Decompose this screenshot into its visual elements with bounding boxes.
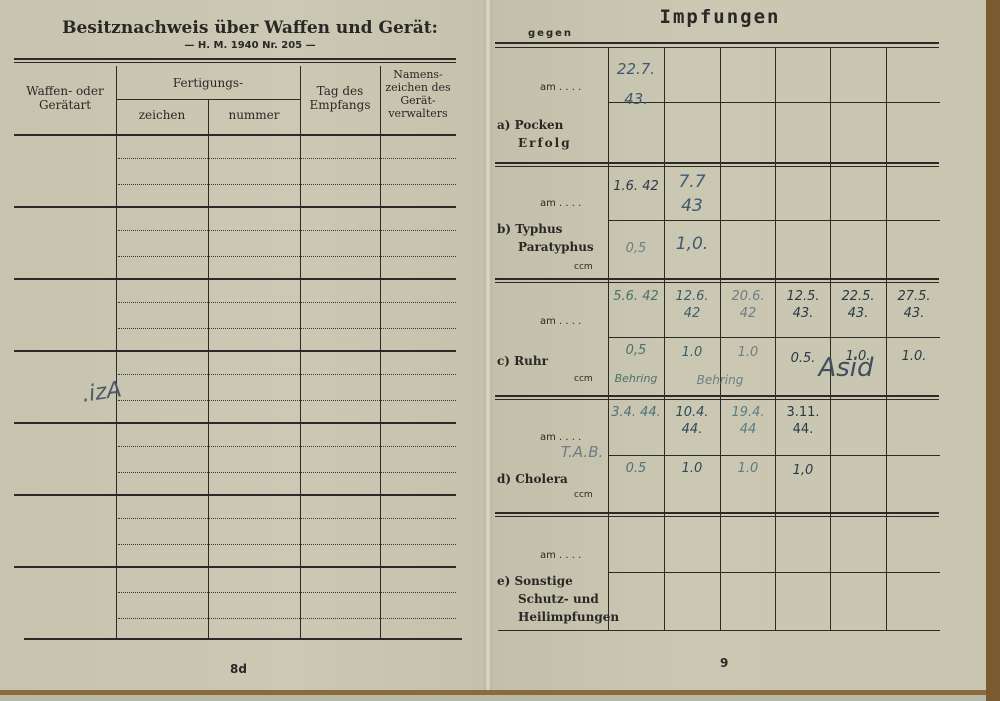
ccm-label: ccm (574, 262, 593, 272)
ruhr-dose-2: 1.0 (666, 344, 718, 361)
col-divider-2 (208, 99, 209, 638)
row-rule (14, 422, 456, 424)
am-label: am . . . . (540, 432, 581, 443)
section-e-label: e) Sonstige (497, 572, 573, 590)
dotted-line (118, 158, 456, 159)
section-a-label: a) Pocken (497, 116, 563, 134)
table-top-rule (14, 58, 456, 60)
dotted-line (118, 544, 456, 545)
cholera-dose-2: 1.0 (666, 460, 718, 477)
am-label: am . . . . (540, 82, 581, 93)
section-rule (495, 512, 939, 514)
col-header-nummer: nummer (208, 108, 300, 122)
section-e-sublabel: Schutz- und (518, 590, 599, 608)
right-top-rule-2 (495, 47, 939, 48)
ruhr-note-behring-1: Behring (606, 370, 666, 387)
cholera-date-3: 19.4. 44 (722, 404, 774, 438)
am-label: am . . . . (540, 550, 581, 561)
typhus-dose-2: 1,0. (666, 236, 718, 253)
left-page-subtitle: — H. M. 1940 Nr. 205 — (60, 40, 440, 51)
col-line (664, 48, 665, 630)
right-page-title: Impfungen (650, 6, 790, 28)
ruhr-date-1: 5.6. 42 (610, 288, 662, 305)
cover-edge (986, 0, 1000, 701)
col-line (830, 48, 831, 630)
ccm-label: ccm (574, 490, 593, 500)
dotted-line (118, 328, 456, 329)
cholera-dose-1: 0.5 (610, 460, 662, 477)
section-c-label: c) Ruhr (497, 352, 548, 370)
row-rule (14, 566, 456, 568)
typhus-dose-1: 0,5 (610, 240, 662, 257)
section-rule (495, 278, 939, 280)
cholera-note-tab: T.A.B. (552, 444, 612, 461)
ruhr-note-asid: Asid (796, 360, 896, 377)
dotted-line (118, 184, 456, 185)
cholera-date-2: 10.4. 44. (666, 404, 718, 438)
col-header-type: Waffen- oder Gerätart (14, 84, 116, 112)
section-d-label: d) Cholera (497, 470, 568, 488)
table-bottom-rule (24, 638, 462, 640)
date-dose-divider (608, 572, 940, 573)
date-dose-divider (608, 455, 940, 456)
ruhr-date-3: 20.6. 42 (722, 288, 774, 322)
cholera-dose-4: 1,0 (777, 462, 829, 479)
dotted-line (118, 256, 456, 257)
col-divider-3 (300, 66, 301, 638)
typhus-date-2: 7.7 43 (666, 170, 718, 218)
ruhr-date-5: 22.5. 43. (832, 288, 884, 322)
ccm-label: ccm (574, 374, 593, 384)
row-rule (14, 350, 456, 352)
right-top-rule (495, 42, 939, 44)
header-bottom-rule (14, 134, 456, 136)
dotted-line (118, 618, 456, 619)
section-rule-2 (495, 282, 939, 283)
table-top-rule-2 (14, 62, 456, 63)
ruhr-note-behring-2: Behring (680, 372, 760, 389)
typhus-date-1: 1.6. 42 (610, 178, 662, 195)
date-dose-divider (608, 220, 940, 221)
page-number-left: 8d (230, 662, 247, 676)
row-rule (14, 278, 456, 280)
section-e-sublabel-2: Heilimpfungen (518, 608, 619, 626)
am-label: am . . . . (540, 316, 581, 327)
section-b-sublabel: Paratyphus (518, 238, 594, 256)
col-line (775, 48, 776, 630)
cholera-date-4: 3.11. 44. (777, 404, 829, 438)
dotted-line (118, 230, 456, 231)
dotted-line (118, 592, 456, 593)
section-rule-2 (495, 166, 939, 167)
gegen-label: gegen (528, 28, 573, 39)
col-divider-1 (116, 66, 117, 638)
dotted-line (118, 302, 456, 303)
section-rule-2 (495, 399, 939, 400)
section-a-sublabel: Erfolg (518, 134, 572, 152)
right-bottom-rule (498, 630, 940, 631)
date-dose-divider (608, 337, 940, 338)
col-header-zeichen: zeichen (116, 108, 208, 122)
dotted-line (118, 400, 456, 401)
book-spine (484, 0, 492, 690)
dotted-line (118, 472, 456, 473)
section-b-label: b) Typhus (497, 220, 562, 238)
cholera-date-1: 3.4. 44. (610, 404, 662, 421)
row-rule (14, 494, 456, 496)
ruhr-date-2: 12.6. 42 (666, 288, 718, 322)
left-page-title: Besitznachweis über Waffen und Gerät: (60, 18, 440, 38)
page-number-right: 9 (720, 656, 728, 670)
col-header-tag: Tag des Empfangs (300, 84, 380, 112)
col-header-fertigung: Fertigungs- (116, 76, 300, 90)
col-line (886, 48, 887, 630)
dotted-line (118, 374, 456, 375)
ruhr-date-4: 12.5. 43. (777, 288, 829, 322)
section-rule-2 (495, 516, 939, 517)
dotted-line (118, 518, 456, 519)
cholera-dose-3: 1.0 (722, 460, 774, 477)
col-line (720, 48, 721, 630)
section-rule (495, 395, 939, 397)
ruhr-dose-1: 0,5 (610, 342, 662, 359)
ruhr-dose-3: 1.0 (722, 344, 774, 361)
pocken-date-1: 22.7. 43. (610, 54, 662, 114)
ruhr-date-6: 27.5. 43. (888, 288, 940, 322)
section-rule (495, 162, 939, 164)
col-divider-4 (380, 66, 381, 638)
col-header-namens: Namens- zeichen des Gerät- verwalters (380, 68, 456, 120)
row-rule (14, 206, 456, 208)
am-label: am . . . . (540, 198, 581, 209)
dotted-line (118, 446, 456, 447)
col-line (608, 48, 609, 630)
